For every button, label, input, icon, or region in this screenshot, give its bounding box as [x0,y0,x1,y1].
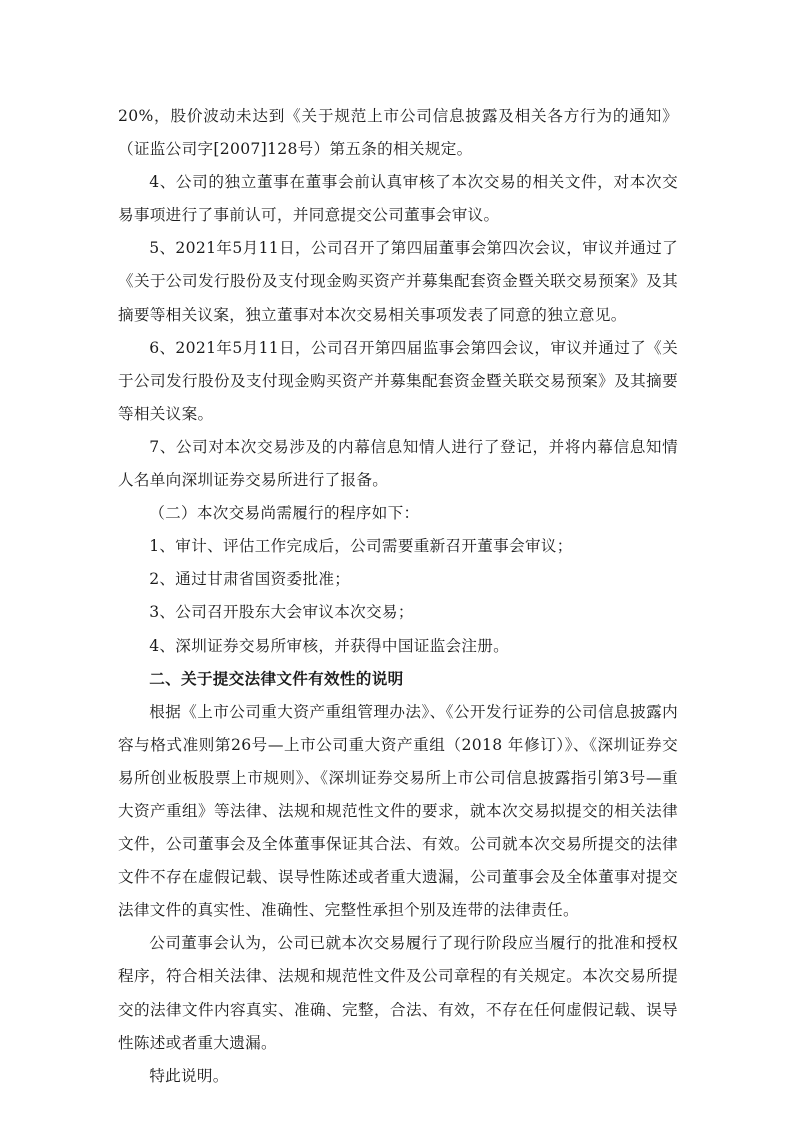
paragraph-board-opinion: 公司董事会认为，公司已就本次交易履行了现行阶段应当履行的批准和授权程序，符合相关… [118,927,678,1059]
paragraph-continuation: 20%，股价波动未达到《关于规范上市公司信息披露及相关各方行为的通知》（证监公司… [118,100,678,166]
document-page: 20%，股价波动未达到《关于规范上市公司信息披露及相关各方行为的通知》（证监公司… [118,100,678,1093]
subsection-heading-remaining-procedures: （二）本次交易尚需履行的程序如下： [118,497,678,530]
procedure-step-1: 1、审计、评估工作完成后，公司需要重新召开董事会审议； [118,530,678,563]
section-heading-legal-documents: 二、关于提交法律文件有效性的说明 [118,663,678,696]
procedure-step-3: 3、公司召开股东大会审议本次交易； [118,596,678,629]
procedure-step-4: 4、深圳证券交易所审核，并获得中国证监会注册。 [118,630,678,663]
procedure-step-2: 2、通过甘肃省国资委批准； [118,563,678,596]
paragraph-item-4: 4、公司的独立董事在董事会前认真审核了本次交易的相关文件，对本次交易事项进行了事… [118,166,678,232]
paragraph-item-7: 7、公司对本次交易涉及的内幕信息知情人进行了登记，并将内幕信息知情人名单向深圳证… [118,431,678,497]
paragraph-item-5: 5、2021年5月11日，公司召开了第四届董事会第四次会议，审议并通过了《关于公… [118,232,678,331]
paragraph-legal-basis: 根据《上市公司重大资产重组管理办法》、《公开发行证券的公司信息披露内容与格式准则… [118,696,678,928]
paragraph-item-6: 6、2021年5月11日，公司召开第四届监事会第四会议，审议并通过了《关于公司发… [118,332,678,431]
paragraph-closing: 特此说明。 [118,1060,678,1093]
